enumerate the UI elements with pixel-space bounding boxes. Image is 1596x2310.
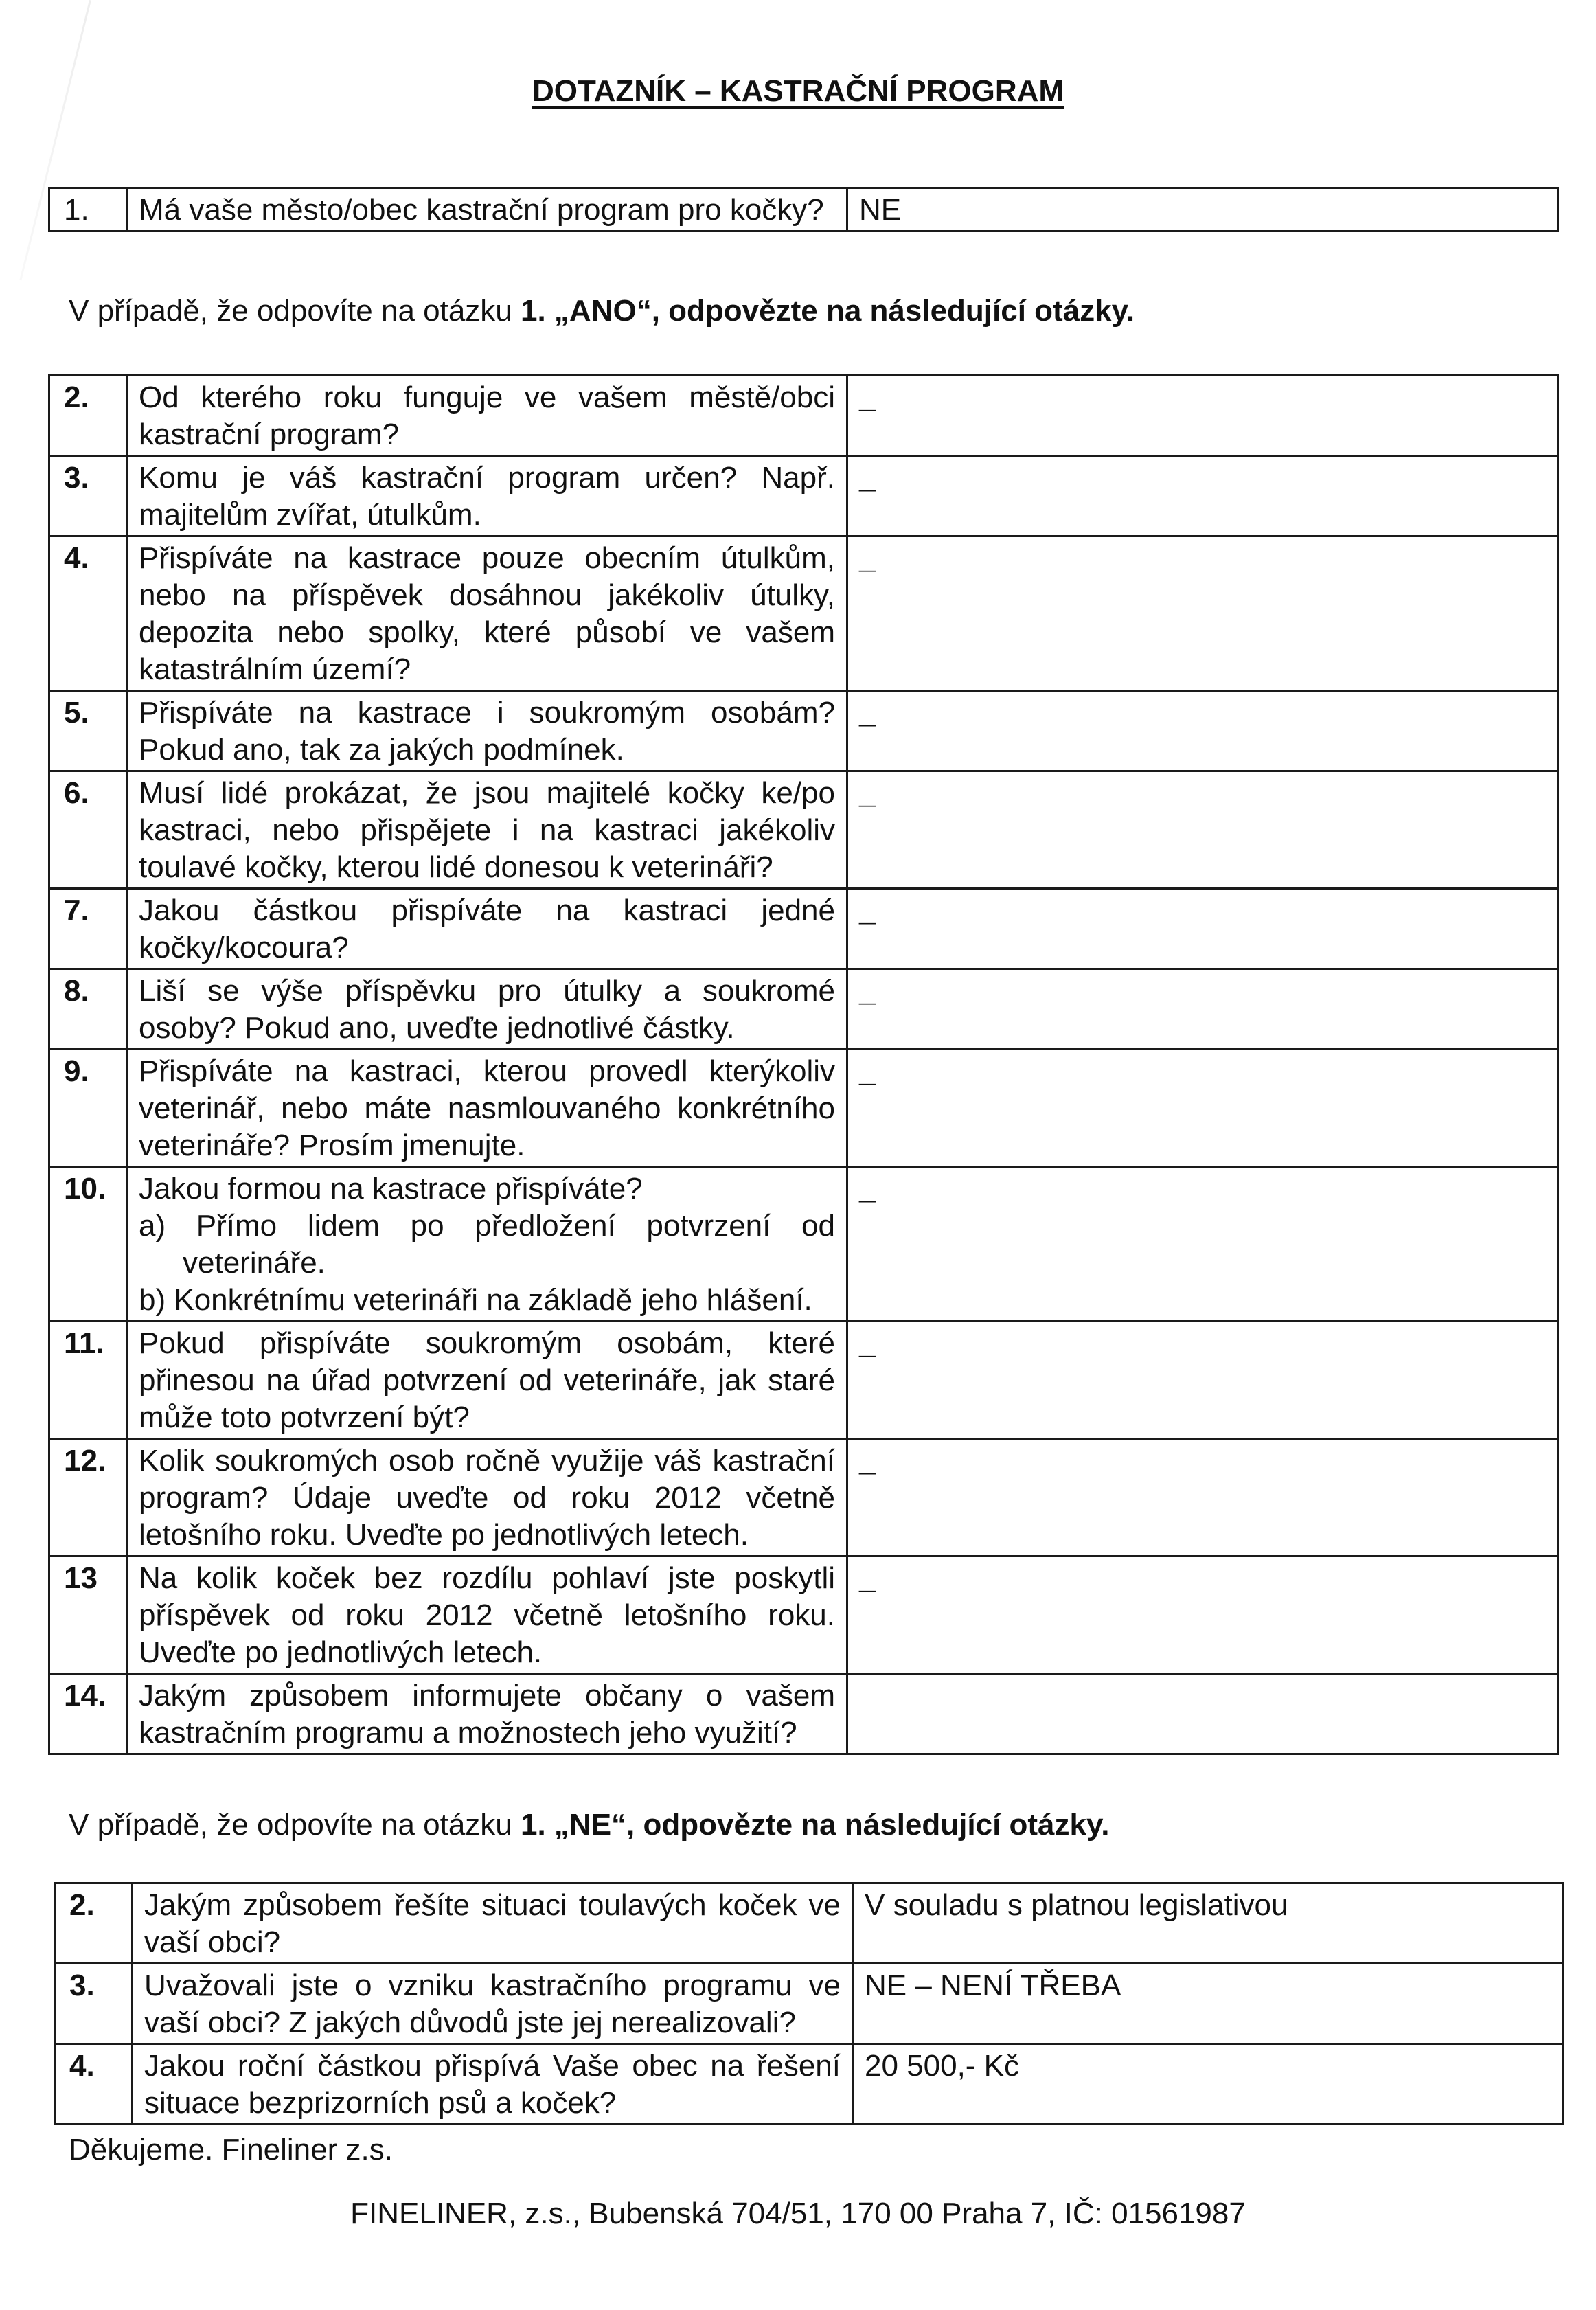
table-row: 8.Liší se výše příspěvku pro útulky a so… [49, 969, 1558, 1050]
answer-field[interactable]: 20 500,- Kč [853, 2044, 1564, 2125]
question-text: Uvažovali jste o vzniku kastračního prog… [133, 1964, 853, 2044]
question-1-table: 1. Má vaše město/obec kastrační program … [48, 187, 1559, 232]
question-text: Přispíváte na kastrace i soukromým osobá… [127, 691, 847, 771]
table-row: 13Na kolik koček bez rozdílu pohlaví jst… [49, 1556, 1558, 1674]
question-text: Přispíváte na kastrace pouze obecním útu… [127, 536, 847, 691]
answer-field[interactable]: _ [847, 889, 1558, 969]
question-text: Jakou roční částkou přispívá Vaše obec n… [133, 2044, 853, 2125]
table-row: 12.Kolik soukromých osob ročně využije v… [49, 1439, 1558, 1556]
question-option: b) Konkrétnímu veterináři na základě jeh… [139, 1282, 835, 1319]
question-number: 3. [49, 456, 127, 536]
question-number: 2. [55, 1883, 133, 1964]
instruction-emphasis: 1. „ANO“, odpovězte na následující otázk… [521, 294, 1135, 328]
table-row: 3.Uvažovali jste o vzniku kastračního pr… [55, 1964, 1564, 2044]
question-text: Musí lidé prokázat, že jsou majitelé koč… [127, 771, 847, 889]
instruction-prefix: V případě, že odpovíte na otázku [69, 294, 521, 328]
table-row: 7.Jakou částkou přispíváte na kastraci j… [49, 889, 1558, 969]
table-row: 4.Jakou roční částkou přispívá Vaše obec… [55, 2044, 1564, 2125]
question-main-text: Jakým způsobem informujete občany o vaše… [139, 1677, 835, 1752]
question-text: Od kterého roku funguje ve vašem městě/o… [127, 376, 847, 456]
question-number: 10. [49, 1167, 127, 1322]
table-row: 6.Musí lidé prokázat, že jsou majitelé k… [49, 771, 1558, 889]
question-text: Jakou formou na kastrace přispíváte?a) P… [127, 1167, 847, 1322]
question-text: Liší se výše příspěvku pro útulky a souk… [127, 969, 847, 1050]
question-main-text: Uvažovali jste o vzniku kastračního prog… [144, 1967, 841, 2041]
instruction-emphasis: 1. „NE“, odpovězte na následující otázky… [521, 1808, 1109, 1842]
question-main-text: Musí lidé prokázat, že jsou majitelé koč… [139, 775, 835, 886]
question-main-text: Liší se výše příspěvku pro útulky a souk… [139, 973, 835, 1047]
question-main-text: Kolik soukromých osob ročně využije váš … [139, 1442, 835, 1554]
answer-field[interactable]: _ [847, 1050, 1558, 1167]
table-row: 11.Pokud přispíváte soukromým osobám, kt… [49, 1322, 1558, 1439]
answer-field[interactable]: _ [847, 771, 1558, 889]
question-number: 13 [49, 1556, 127, 1674]
question-number: 4. [49, 536, 127, 691]
question-number: 2. [49, 376, 127, 456]
answer-field[interactable]: _ [847, 1556, 1558, 1674]
question-main-text: Jakým způsobem řešíte situaci toulavých … [144, 1887, 841, 1961]
question-main-text: Komu je váš kastrační program určen? Nap… [139, 460, 835, 534]
question-text: Jakým způsobem informujete občany o vaše… [127, 1674, 847, 1754]
table-row: 1. Má vaše město/obec kastrační program … [49, 188, 1558, 231]
answer-field[interactable]: NE – NENÍ TŘEBA [853, 1964, 1564, 2044]
question-text: Má vaše město/obec kastrační program pro… [127, 188, 847, 231]
answer-field[interactable]: _ [847, 969, 1558, 1050]
question-main-text: Přispíváte na kastrace i soukromým osobá… [139, 694, 835, 769]
yes-questions-table: 2.Od kterého roku funguje ve vašem městě… [48, 374, 1559, 1755]
question-main-text: Pokud přispíváte soukromým osobám, které… [139, 1325, 835, 1436]
answer-field[interactable]: _ [847, 1322, 1558, 1439]
question-number: 9. [49, 1050, 127, 1167]
table-row: 10.Jakou formou na kastrace přispíváte?a… [49, 1167, 1558, 1322]
question-main-text: Jakou roční částkou přispívá Vaše obec n… [144, 2048, 841, 2122]
answer-field[interactable]: V souladu s platnou legislativou [853, 1883, 1564, 1964]
question-text: Jakou částkou přispíváte na kastraci jed… [127, 889, 847, 969]
answer-field[interactable]: _ [847, 536, 1558, 691]
instruction-yes: V případě, že odpovíte na otázku 1. „ANO… [69, 294, 1135, 328]
question-text: Jakým způsobem řešíte situaci toulavých … [133, 1883, 853, 1964]
question-number: 4. [55, 2044, 133, 2125]
table-row: 2.Od kterého roku funguje ve vašem městě… [49, 376, 1558, 456]
question-main-text: Přispíváte na kastrace pouze obecním útu… [139, 540, 835, 688]
question-number: 1. [49, 188, 127, 231]
table-row: 3.Komu je váš kastrační program určen? N… [49, 456, 1558, 536]
answer-field[interactable]: _ [847, 1167, 1558, 1322]
question-number: 6. [49, 771, 127, 889]
question-option: a) Přímo lidem po předložení potvrzení o… [139, 1208, 835, 1282]
table-row: 14.Jakým způsobem informujete občany o v… [49, 1674, 1558, 1754]
page-title: DOTAZNÍK – KASTRAČNÍ PROGRAM [0, 74, 1596, 109]
table-row: 5.Přispíváte na kastrace i soukromým oso… [49, 691, 1558, 771]
answer-field[interactable]: _ [847, 1439, 1558, 1556]
question-text: Na kolik koček bez rozdílu pohlaví jste … [127, 1556, 847, 1674]
question-number: 3. [55, 1964, 133, 2044]
organization-footer: FINELINER, z.s., Bubenská 704/51, 170 00… [0, 2197, 1596, 2231]
question-main-text: Na kolik koček bez rozdílu pohlaví jste … [139, 1560, 835, 1671]
question-main-text: Jakou formou na kastrace přispíváte? [139, 1170, 835, 1208]
table-row: 9.Přispíváte na kastraci, kterou provedl… [49, 1050, 1558, 1167]
question-text: Pokud přispíváte soukromým osobám, které… [127, 1322, 847, 1439]
answer-field[interactable]: NE [847, 188, 1558, 231]
table-row: 4.Přispíváte na kastrace pouze obecním ú… [49, 536, 1558, 691]
question-number: 7. [49, 889, 127, 969]
no-questions-table: 2.Jakým způsobem řešíte situaci toulavýc… [54, 1882, 1564, 2125]
scan-artifact-line [19, 0, 91, 280]
question-number: 12. [49, 1439, 127, 1556]
question-number: 11. [49, 1322, 127, 1439]
instruction-prefix: V případě, že odpovíte na otázku [69, 1808, 521, 1842]
question-number: 5. [49, 691, 127, 771]
question-number: 8. [49, 969, 127, 1050]
answer-field[interactable]: _ [847, 376, 1558, 456]
question-text: Přispíváte na kastraci, kterou provedl k… [127, 1050, 847, 1167]
question-main-text: Od kterého roku funguje ve vašem městě/o… [139, 379, 835, 453]
thanks-note: Děkujeme. Fineliner z.s. [69, 2133, 393, 2167]
question-number: 14. [49, 1674, 127, 1754]
question-main-text: Přispíváte na kastraci, kterou provedl k… [139, 1053, 835, 1164]
question-main-text: Jakou částkou přispíváte na kastraci jed… [139, 892, 835, 966]
answer-field[interactable]: _ [847, 691, 1558, 771]
table-row: 2.Jakým způsobem řešíte situaci toulavýc… [55, 1883, 1564, 1964]
question-text: Komu je váš kastrační program určen? Nap… [127, 456, 847, 536]
answer-field[interactable] [847, 1674, 1558, 1754]
answer-field[interactable]: _ [847, 456, 1558, 536]
question-text: Kolik soukromých osob ročně využije váš … [127, 1439, 847, 1556]
instruction-no: V případě, že odpovíte na otázku 1. „NE“… [69, 1808, 1109, 1842]
